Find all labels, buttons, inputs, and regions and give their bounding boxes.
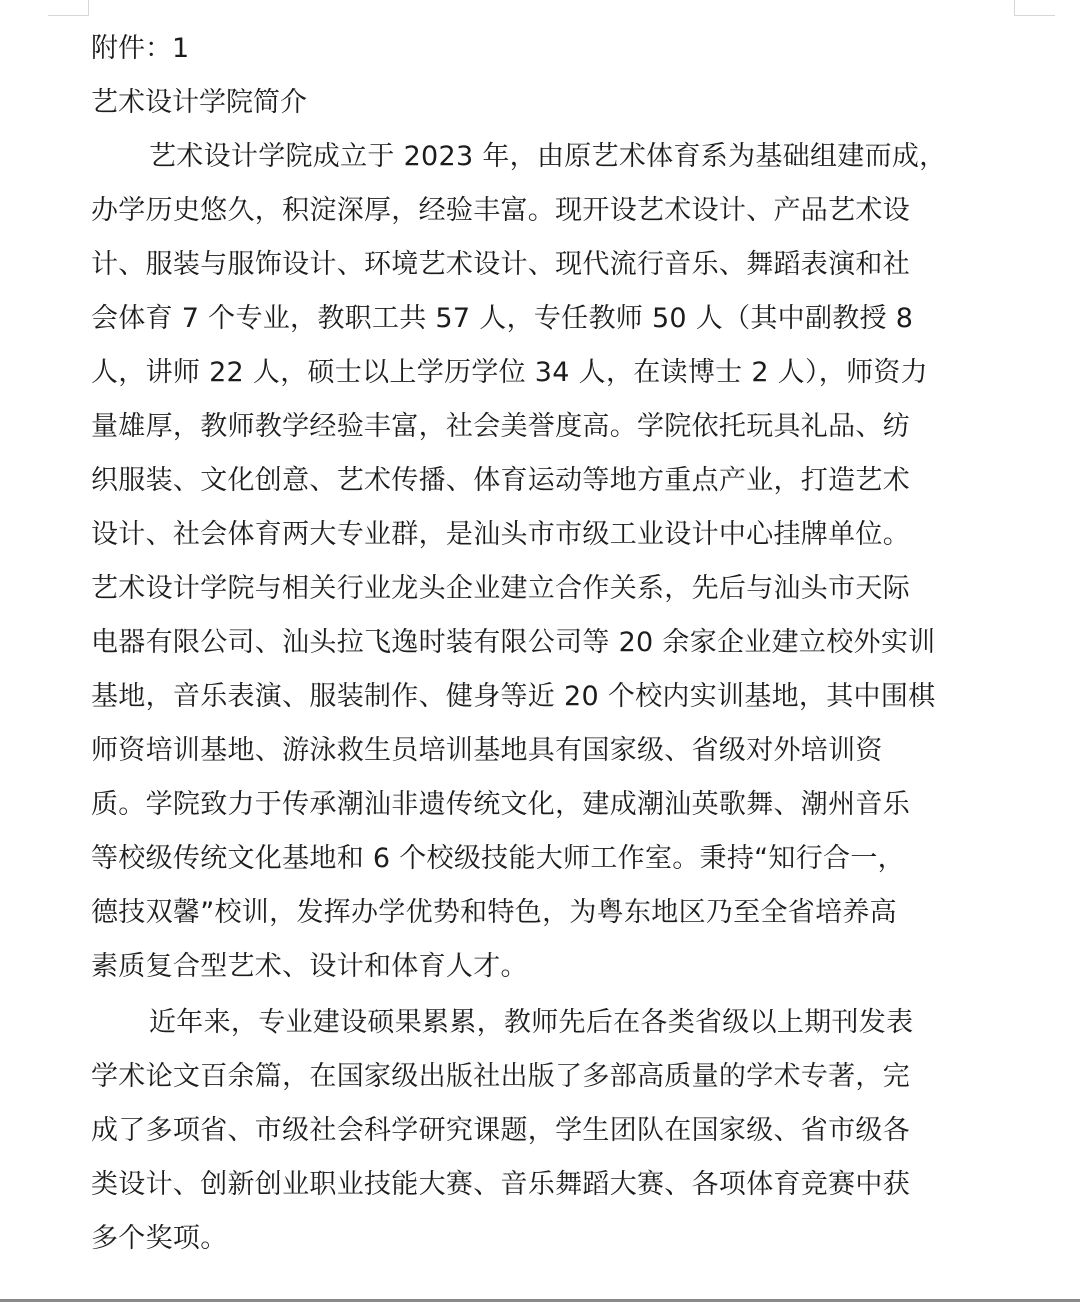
text-line: 量雄厚，教师教学经验丰富，社会美誉度高。学院依托玩具礼品、纺 xyxy=(91,400,1011,454)
attachment-label: 附件：1 xyxy=(91,22,1011,76)
paragraph-achievements: 近年来，专业建设硕果累累，教师先后在各类省级以上期刊发表 学术论文百余篇，在国家… xyxy=(91,996,1011,1266)
text-line: 计、服装与服饰设计、环境艺术设计、现代流行音乐、舞蹈表演和社 xyxy=(91,238,1011,292)
text-line: 师资培训基地、游泳救生员培训基地具有国家级、省级对外培训资 xyxy=(91,724,1011,778)
text-line: 等校级传统文化基地和 6 个校级技能大师工作室。秉持“知行合一， xyxy=(91,832,1011,886)
document-title: 艺术设计学院简介 xyxy=(91,76,1011,130)
text-line: 艺术设计学院与相关行业龙头企业建立合作关系，先后与汕头市天际 xyxy=(91,562,1011,616)
paragraph-introduction: 艺术设计学院成立于 2023 年，由原艺术体育系为基础组建而成， 办学历史悠久，… xyxy=(91,130,1011,994)
text-line: 艺术设计学院成立于 2023 年，由原艺术体育系为基础组建而成， xyxy=(91,130,1011,184)
text-line: 学术论文百余篇，在国家级出版社出版了多部高质量的学术专著，完 xyxy=(91,1050,1011,1104)
page-corner-marker-top-right xyxy=(1014,0,1055,16)
page-corner-marker-top-left xyxy=(48,0,89,16)
text-line: 类设计、创新创业职业技能大赛、音乐舞蹈大赛、各项体育竞赛中获 xyxy=(91,1158,1011,1212)
text-line: 电器有限公司、汕头拉飞逸时装有限公司等 20 余家企业建立校外实训 xyxy=(91,616,1011,670)
text-line: 织服装、文化创意、艺术传播、体育运动等地方重点产业，打造艺术 xyxy=(91,454,1011,508)
text-line: 办学历史悠久，积淀深厚，经验丰富。现开设艺术设计、产品艺术设 xyxy=(91,184,1011,238)
text-line: 人，讲师 22 人，硕士以上学历学位 34 人，在读博士 2 人），师资力 xyxy=(91,346,1011,400)
text-line: 多个奖项。 xyxy=(91,1212,1011,1266)
text-line: 设计、社会体育两大专业群，是汕头市市级工业设计中心挂牌单位。 xyxy=(91,508,1011,562)
text-line: 会体育 7 个专业，教职工共 57 人，专任教师 50 人（其中副教授 8 xyxy=(91,292,1011,346)
text-line: 近年来，专业建设硕果累累，教师先后在各类省级以上期刊发表 xyxy=(91,996,1011,1050)
text-line: 基地，音乐表演、服装制作、健身等近 20 个校内实训基地，其中围棋 xyxy=(91,670,1011,724)
text-line: 素质复合型艺术、设计和体育人才。 xyxy=(91,940,1011,994)
document-page: 附件：1 艺术设计学院简介 艺术设计学院成立于 2023 年，由原艺术体育系为基… xyxy=(91,22,1011,1266)
text-line: 德技双馨”校训，发挥办学优势和特色，为粤东地区乃至全省培养高 xyxy=(91,886,1011,940)
text-line: 质。学院致力于传承潮汕非遗传统文化，建成潮汕英歌舞、潮州音乐 xyxy=(91,778,1011,832)
text-line: 成了多项省、市级社会科学研究课题，学生团队在国家级、省市级各 xyxy=(91,1104,1011,1158)
